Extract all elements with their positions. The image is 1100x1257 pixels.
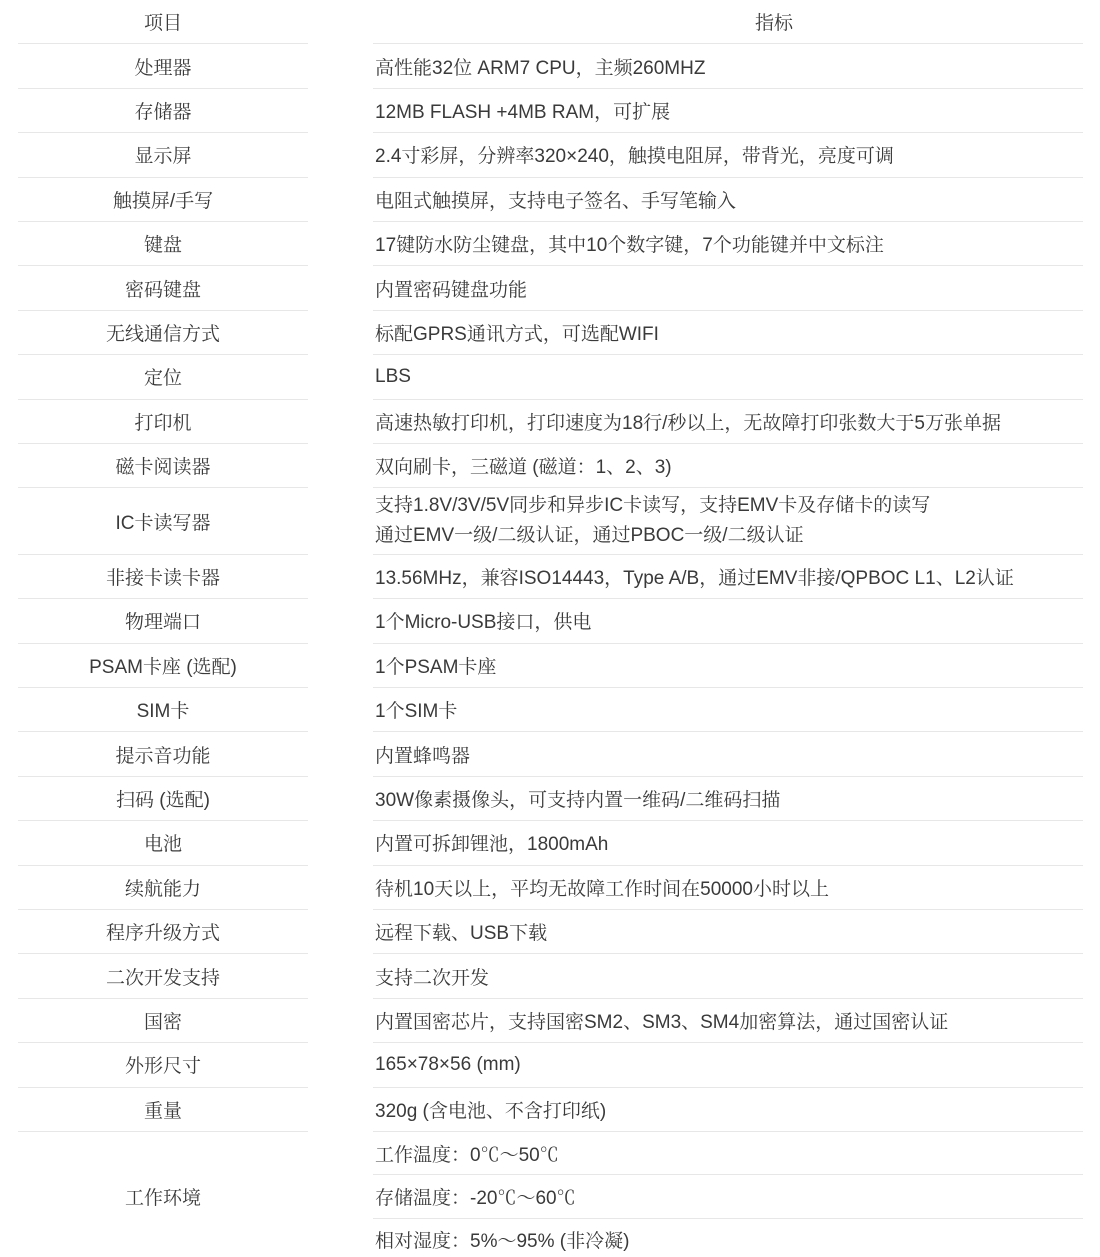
column-gap — [308, 644, 373, 688]
spec-value: 高速热敏打印机，打印速度为18行/秒以上，无故障打印张数大于5万张单据 — [373, 400, 1083, 444]
spec-value: 内置蜂鸣器 — [373, 732, 1083, 776]
spec-value-line: 内置蜂鸣器 — [375, 741, 470, 768]
column-gap — [308, 266, 373, 310]
spec-row: SIM卡1个SIM卡 — [18, 688, 1083, 732]
item-label: 存储器 — [18, 89, 308, 133]
spec-row: 续航能力待机10天以上，平均无故障工作时间在50000小时以上 — [18, 866, 1083, 910]
spec-value-line: 高性能32位 ARM7 CPU，主频260MHZ — [375, 53, 705, 80]
column-gap — [308, 133, 373, 177]
item-label: 磁卡阅读器 — [18, 444, 308, 488]
spec-row: 提示音功能内置蜂鸣器 — [18, 732, 1083, 776]
item-label: 打印机 — [18, 400, 308, 444]
spec-row: 磁卡阅读器双向刷卡，三磁道 (磁道：1、2、3) — [18, 444, 1083, 488]
spec-row: 电池内置可拆卸锂池，1800mAh — [18, 821, 1083, 865]
item-label: 物理端口 — [18, 599, 308, 643]
spec-value-line: 待机10天以上，平均无故障工作时间在50000小时以上 — [375, 874, 829, 901]
column-gap — [308, 777, 373, 821]
spec-row: 无线通信方式标配GPRS通讯方式，可选配WIFI — [18, 311, 1083, 355]
column-gap — [308, 178, 373, 222]
spec-value-line: 通过EMV一级/二级认证，通过PBOC一级/二级认证 — [375, 521, 804, 551]
item-label: 键盘 — [18, 222, 308, 266]
spec-value-line: 30W像素摄像头，可支持内置一维码/二维码扫描 — [375, 785, 780, 812]
spec-value-line: 内置可拆卸锂池，1800mAh — [375, 829, 608, 856]
spec-value: 支持二次开发 — [373, 954, 1083, 998]
item-label: 外形尺寸 — [18, 1043, 308, 1087]
spec-value: 高性能32位 ARM7 CPU，主频260MHZ — [373, 44, 1083, 88]
item-label: 提示音功能 — [18, 732, 308, 776]
column-gap — [308, 599, 373, 643]
spec-value: 30W像素摄像头，可支持内置一维码/二维码扫描 — [373, 777, 1083, 821]
item-label: 定位 — [18, 355, 308, 399]
column-gap — [308, 732, 373, 776]
spec-sub-value: 存储温度：-20℃～60℃ — [373, 1175, 1083, 1218]
column-gap — [308, 488, 373, 555]
item-label: 密码键盘 — [18, 266, 308, 310]
spec-row: 非接卡读卡器13.56MHz，兼容ISO14443，Type A/B，通过EMV… — [18, 555, 1083, 599]
spec-value: 13.56MHz，兼容ISO14443，Type A/B，通过EMV非接/QPB… — [373, 555, 1083, 599]
column-gap — [308, 44, 373, 88]
column-gap — [308, 1088, 373, 1132]
spec-value: 内置可拆卸锂池，1800mAh — [373, 821, 1083, 865]
spec-value: 内置密码键盘功能 — [373, 266, 1083, 310]
item-label: SIM卡 — [18, 688, 308, 732]
column-gap — [308, 311, 373, 355]
spec-value-line: 高速热敏打印机，打印速度为18行/秒以上，无故障打印张数大于5万张单据 — [375, 408, 1001, 435]
spec-row: 国密内置国密芯片，支持国密SM2、SM3、SM4加密算法，通过国密认证 — [18, 999, 1083, 1043]
header-spec: 指标 — [373, 0, 1083, 44]
item-label: 国密 — [18, 999, 308, 1043]
spec-value-line: 1个SIM卡 — [375, 696, 457, 723]
column-gap — [308, 688, 373, 732]
column-gap — [308, 222, 373, 266]
spec-value-line: 13.56MHz，兼容ISO14443，Type A/B，通过EMV非接/QPB… — [375, 563, 1014, 590]
item-label: 续航能力 — [18, 866, 308, 910]
spec-row: 外形尺寸165×78×56 (mm) — [18, 1043, 1083, 1087]
table-header-row: 项目 指标 — [18, 0, 1083, 44]
column-gap — [308, 821, 373, 865]
spec-value: 165×78×56 (mm) — [373, 1043, 1083, 1087]
spec-value-line: 320g (含电池、不含打印纸) — [375, 1096, 606, 1123]
spec-value: 2.4寸彩屏，分辨率320×240，触摸电阻屏，带背光，亮度可调 — [373, 133, 1083, 177]
item-label: 处理器 — [18, 44, 308, 88]
spec-row: 密码键盘内置密码键盘功能 — [18, 266, 1083, 310]
column-gap — [308, 444, 373, 488]
spec-row: 存储器12MB FLASH +4MB RAM，可扩展 — [18, 89, 1083, 133]
column-gap — [308, 555, 373, 599]
item-label: 扫码 (选配) — [18, 777, 308, 821]
item-label: IC卡读写器 — [18, 488, 308, 555]
spec-value-line: 标配GPRS通讯方式，可选配WIFI — [375, 319, 659, 346]
column-gap — [308, 954, 373, 998]
spec-row: IC卡读写器支持1.8V/3V/5V同步和异步IC卡读写，支持EMV卡及存储卡的… — [18, 488, 1083, 555]
column-gap — [308, 910, 373, 954]
spec-value-line: 内置国密芯片，支持国密SM2、SM3、SM4加密算法，通过国密认证 — [375, 1007, 948, 1034]
spec-row: 键盘17键防水防尘键盘，其中10个数字键，7个功能键并中文标注 — [18, 222, 1083, 266]
spec-value-line: 远程下载、USB下载 — [375, 918, 547, 945]
spec-value-line: 1个PSAM卡座 — [375, 652, 496, 679]
item-label: 程序升级方式 — [18, 910, 308, 954]
item-label: 工作环境 — [18, 1132, 308, 1257]
item-label: 无线通信方式 — [18, 311, 308, 355]
spec-row: 物理端口1个Micro-USB接口，供电 — [18, 599, 1083, 643]
spec-row: 二次开发支持支持二次开发 — [18, 954, 1083, 998]
spec-sub-value: 相对湿度：5%～95% (非冷凝) — [373, 1219, 1083, 1257]
item-label: 非接卡读卡器 — [18, 555, 308, 599]
spec-value: 电阻式触摸屏，支持电子签名、手写笔输入 — [373, 178, 1083, 222]
item-label: 触摸屏/手写 — [18, 178, 308, 222]
spec-value-line: 支持二次开发 — [375, 963, 489, 990]
spec-value-line: 支持1.8V/3V/5V同步和异步IC卡读写，支持EMV卡及存储卡的读写 — [375, 491, 930, 521]
column-gap — [308, 1132, 373, 1257]
spec-table: 项目 指标 处理器高性能32位 ARM7 CPU，主频260MHZ存储器12MB… — [18, 0, 1083, 1257]
spec-value: LBS — [373, 355, 1083, 399]
table-body: 处理器高性能32位 ARM7 CPU，主频260MHZ存储器12MB FLASH… — [18, 44, 1083, 1257]
spec-row: 重量320g (含电池、不含打印纸) — [18, 1088, 1083, 1132]
column-gap — [308, 400, 373, 444]
spec-row: 打印机高速热敏打印机，打印速度为18行/秒以上，无故障打印张数大于5万张单据 — [18, 400, 1083, 444]
spec-value: 12MB FLASH +4MB RAM，可扩展 — [373, 89, 1083, 133]
spec-value: 1个SIM卡 — [373, 688, 1083, 732]
item-label: 重量 — [18, 1088, 308, 1132]
item-label: 电池 — [18, 821, 308, 865]
spec-value: 待机10天以上，平均无故障工作时间在50000小时以上 — [373, 866, 1083, 910]
spec-value-line: 17键防水防尘键盘，其中10个数字键，7个功能键并中文标注 — [375, 230, 884, 257]
item-label: 显示屏 — [18, 133, 308, 177]
spec-row: PSAM卡座 (选配)1个PSAM卡座 — [18, 644, 1083, 688]
column-gap — [308, 866, 373, 910]
spec-value-line: 双向刷卡，三磁道 (磁道：1、2、3) — [375, 452, 672, 479]
spec-value: 标配GPRS通讯方式，可选配WIFI — [373, 311, 1083, 355]
spec-value-line: 165×78×56 (mm) — [375, 1054, 521, 1076]
spec-row: 显示屏2.4寸彩屏，分辨率320×240，触摸电阻屏，带背光，亮度可调 — [18, 133, 1083, 177]
spec-value: 双向刷卡，三磁道 (磁道：1、2、3) — [373, 444, 1083, 488]
spec-value-line: LBS — [375, 366, 411, 388]
spec-row: 定位LBS — [18, 355, 1083, 399]
column-gap — [308, 89, 373, 133]
spec-value-line: 内置密码键盘功能 — [375, 275, 527, 302]
column-gap — [308, 999, 373, 1043]
item-label: PSAM卡座 (选配) — [18, 644, 308, 688]
spec-value: 1个PSAM卡座 — [373, 644, 1083, 688]
spec-sub-value: 工作温度：0℃～50℃ — [373, 1132, 1083, 1175]
spec-row: 程序升级方式远程下载、USB下载 — [18, 910, 1083, 954]
column-gap — [308, 355, 373, 399]
spec-value-line: 12MB FLASH +4MB RAM，可扩展 — [375, 97, 670, 124]
spec-value: 支持1.8V/3V/5V同步和异步IC卡读写，支持EMV卡及存储卡的读写通过EM… — [373, 488, 1083, 555]
spec-value: 320g (含电池、不含打印纸) — [373, 1088, 1083, 1132]
spec-value: 17键防水防尘键盘，其中10个数字键，7个功能键并中文标注 — [373, 222, 1083, 266]
item-label: 二次开发支持 — [18, 954, 308, 998]
column-gap — [308, 1043, 373, 1087]
spec-value-line: 1个Micro-USB接口，供电 — [375, 607, 591, 634]
spec-value: 内置国密芯片，支持国密SM2、SM3、SM4加密算法，通过国密认证 — [373, 999, 1083, 1043]
column-gap — [308, 0, 373, 44]
spec-value-line: 2.4寸彩屏，分辨率320×240，触摸电阻屏，带背光，亮度可调 — [375, 141, 894, 168]
spec-row: 扫码 (选配)30W像素摄像头，可支持内置一维码/二维码扫描 — [18, 777, 1083, 821]
header-item: 项目 — [18, 0, 308, 44]
spec-value: 远程下载、USB下载 — [373, 910, 1083, 954]
spec-value-line: 电阻式触摸屏，支持电子签名、手写笔输入 — [375, 186, 736, 213]
spec-row: 处理器高性能32位 ARM7 CPU，主频260MHZ — [18, 44, 1083, 88]
spec-value: 1个Micro-USB接口，供电 — [373, 599, 1083, 643]
spec-row: 工作环境工作温度：0℃～50℃存储温度：-20℃～60℃相对湿度：5%～95% … — [18, 1132, 1083, 1257]
spec-value-group: 工作温度：0℃～50℃存储温度：-20℃～60℃相对湿度：5%～95% (非冷凝… — [373, 1132, 1083, 1257]
spec-row: 触摸屏/手写电阻式触摸屏，支持电子签名、手写笔输入 — [18, 178, 1083, 222]
